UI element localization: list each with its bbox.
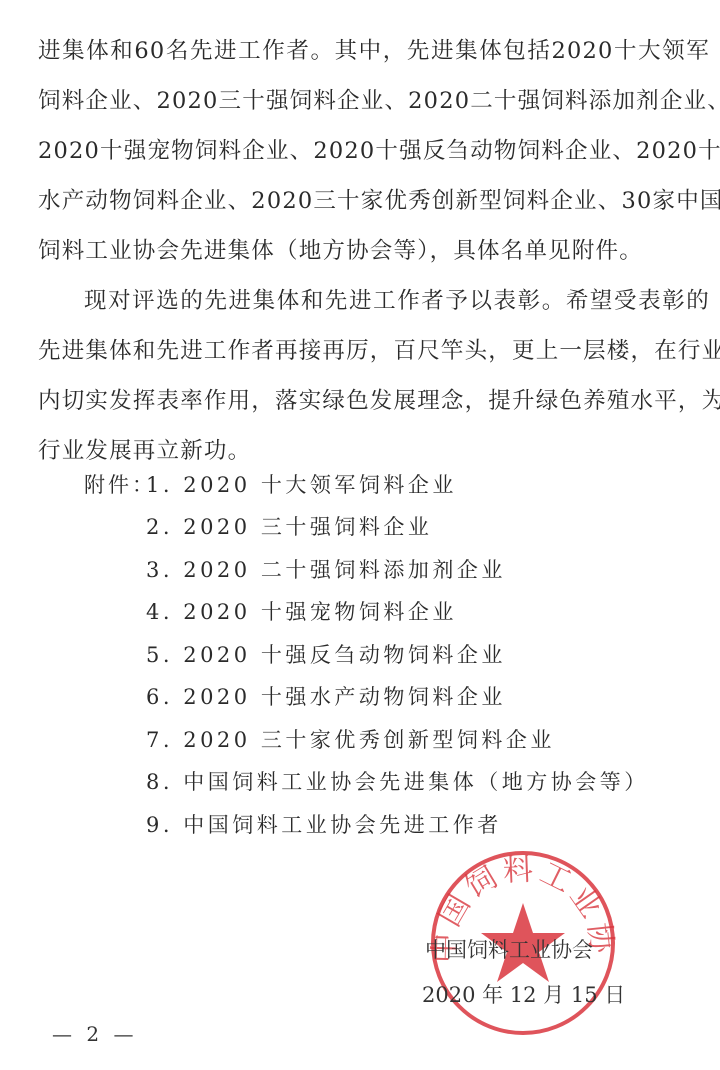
page-number: — 2 — (52, 1022, 137, 1046)
annex-item-6: 6. 2020 十强水产动物饲料企业 (146, 682, 506, 712)
paragraph2-line-3: 内切实发挥表率作用，落实绿色发展理念，提升绿色养殖水平，为 (38, 386, 710, 416)
annex-item-9: 9. 中国饲料工业协会先进工作者 (146, 810, 502, 840)
paragraph2-line-1: 现对评选的先进集体和先进工作者予以表彰。希望受表彰的 (84, 286, 710, 316)
paragraph2-line-2: 先进集体和先进工作者再接再厉，百尺竿头，更上一层楼，在行业 (38, 336, 710, 366)
annex-item-4: 4. 2020 十强宠物饲料企业 (146, 597, 457, 627)
paragraph2-line-4: 行业发展再立新功。 (38, 436, 708, 466)
body-line-2: 饲料企业、2020三十强饲料企业、2020二十强饲料添加剂企业、 (38, 86, 710, 116)
annex-item-7: 7. 2020 三十家优秀创新型饲料企业 (146, 725, 555, 755)
document-page: 进集体和60名先进工作者。其中，先进集体包括2020十大领军 饲料企业、2020… (0, 0, 720, 1070)
signature-date: 2020 年 12 月 15 日 (422, 980, 625, 1010)
signature-org: 中国饲料工业协会 (425, 935, 593, 965)
body-line-1: 进集体和60名先进工作者。其中，先进集体包括2020十大领军 (38, 36, 710, 66)
annex-item-1: 1. 2020 十大领军饲料企业 (146, 470, 457, 500)
annex-item-8: 8. 中国饲料工业协会先进集体（地方协会等） (146, 767, 649, 797)
body-line-3: 2020十强宠物饲料企业、2020十强反刍动物饲料企业、2020十强 (38, 136, 710, 166)
annex-item-2: 2. 2020 三十强饲料企业 (146, 512, 432, 542)
annex-item-5: 5. 2020 十强反刍动物饲料企业 (146, 640, 506, 670)
annex-item-3: 3. 2020 二十强饲料添加剂企业 (146, 555, 506, 585)
body-line-4: 水产动物饲料企业、2020三十家优秀创新型饲料企业、30家中国 (38, 186, 710, 216)
body-line-5: 饲料工业协会先进集体（地方协会等），具体名单见附件。 (38, 236, 708, 266)
